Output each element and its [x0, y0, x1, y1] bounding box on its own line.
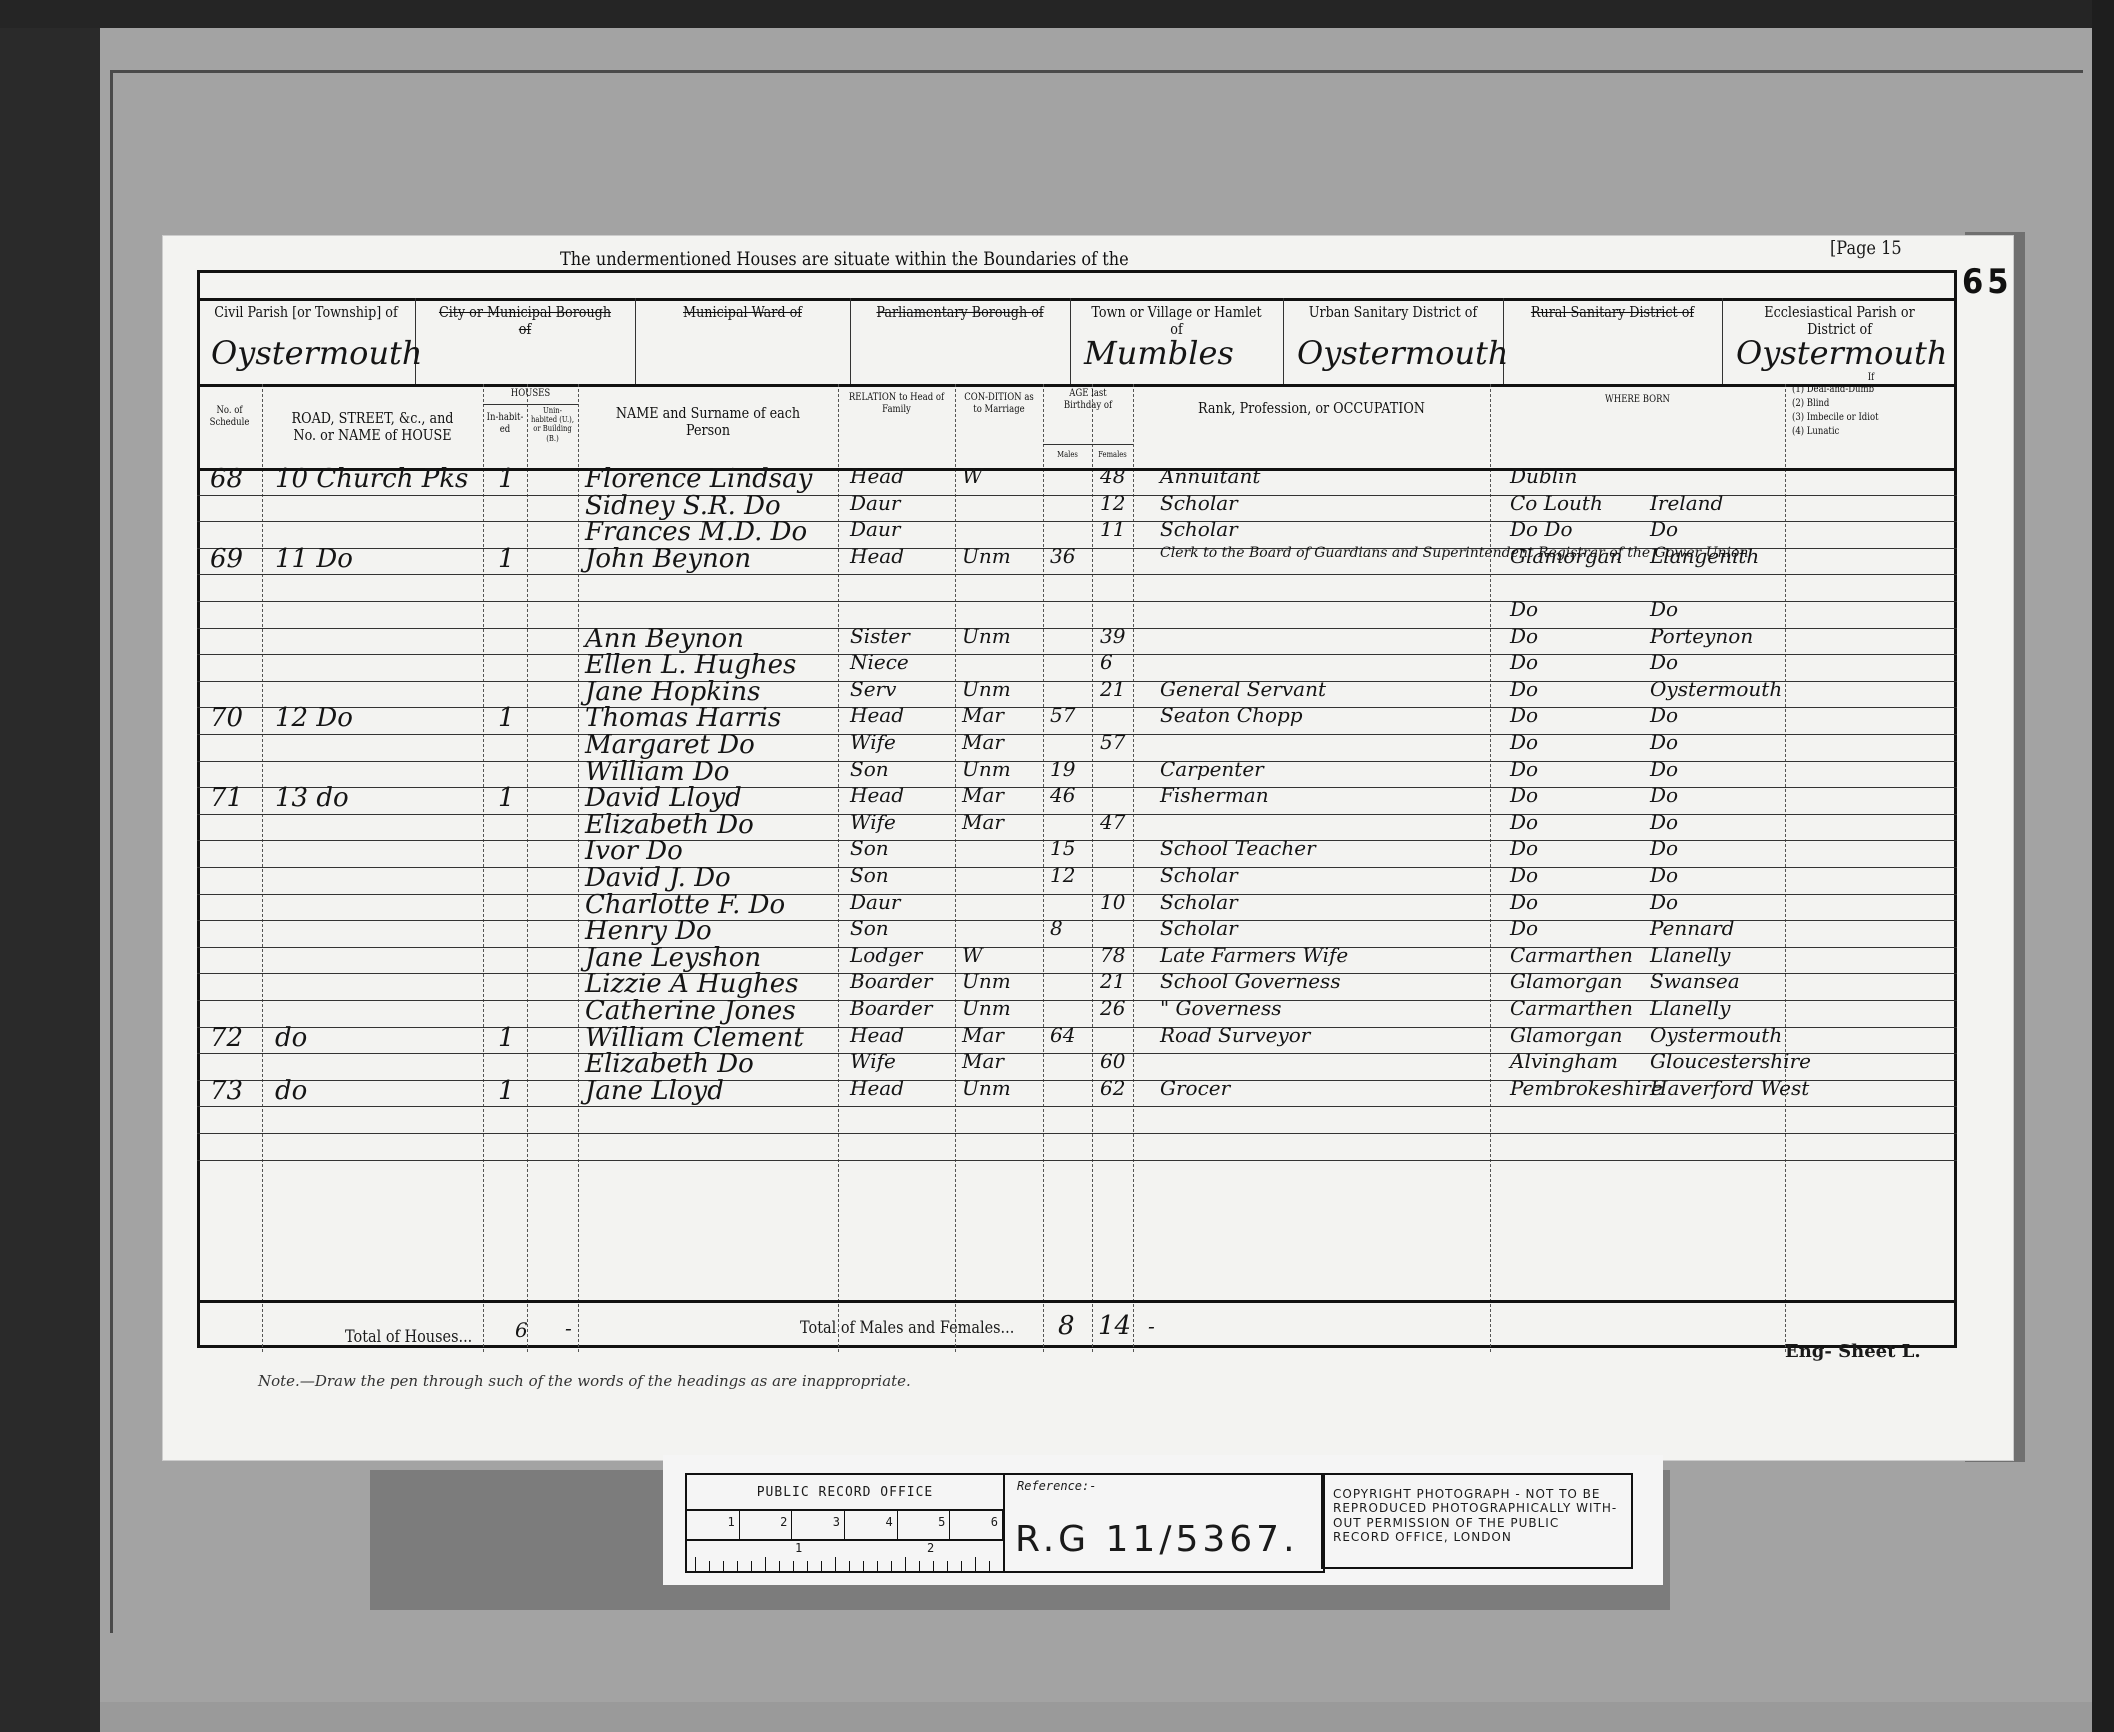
ruler-label: 1 [795, 1541, 802, 1555]
cell-born_county: Do [1510, 679, 1538, 699]
cell-female_age: 10 [1100, 892, 1125, 912]
cell-name: Ann Beynon [585, 626, 744, 652]
cell-condition: Unm [962, 998, 1011, 1018]
place-header-label: Urban Sanitary District of [1300, 304, 1487, 321]
table-row [197, 814, 1957, 841]
cell-occupation: Carpenter [1160, 759, 1264, 779]
cell-inhabited: 1 [498, 1078, 515, 1104]
cell-occupation: Seaton Chopp [1160, 705, 1303, 725]
column-header-infirmity_1: (1) Deaf-and-Dumb [1792, 384, 1932, 396]
cell-born_county: Do [1510, 626, 1538, 646]
cell-name: Frances M.D. Do [585, 519, 807, 545]
column-header-name: NAME and Surname of each Person [598, 405, 819, 440]
rule [197, 298, 1957, 301]
place-header-label: Parliamentary Borough of [867, 304, 1054, 321]
cell-female_age: 26 [1100, 998, 1125, 1018]
cell-relation: Daur [850, 519, 900, 539]
column-header-where_born: WHERE BORN [1512, 394, 1763, 406]
cell-occupation: School Teacher [1160, 838, 1316, 858]
scan-border-left [0, 0, 100, 1732]
cell-name: William Clement [585, 1025, 804, 1051]
cell-female_age: 21 [1100, 971, 1125, 991]
cell-male_age: 64 [1050, 1025, 1075, 1045]
cell-relation: Daur [850, 892, 900, 912]
rule [1283, 298, 1284, 384]
cell-female_age: 11 [1100, 519, 1125, 539]
cell-inhabited: 1 [498, 705, 515, 731]
cell-schedule: 72 [210, 1025, 243, 1051]
cell-occupation: General Servant [1160, 679, 1326, 699]
cell-female_age: 12 [1100, 493, 1125, 513]
cell-born_county: Do [1510, 918, 1538, 938]
cell-inhabited: 1 [498, 785, 515, 811]
ruler-tick [821, 1561, 822, 1571]
form-title: The undermentioned Houses are situate wi… [560, 248, 1129, 270]
ruler-tick [723, 1561, 724, 1571]
column-header-houses: HOUSES [490, 388, 571, 400]
cell-relation: Boarder [850, 998, 932, 1018]
cell-born_county: Do [1510, 812, 1538, 832]
cell-born_place: Pennard [1650, 918, 1734, 938]
ruler-tick [709, 1561, 710, 1571]
cell-born_place: Oystermouth [1650, 1025, 1782, 1045]
cell-born_county: Do [1510, 732, 1538, 752]
rule [1043, 444, 1133, 445]
column-header-infirmity_3: (3) Imbecile or Idiot [1792, 412, 1932, 424]
cell-male_age: 36 [1050, 546, 1075, 566]
pro-number: 6 [950, 1511, 1003, 1539]
cell-condition: Unm [962, 546, 1011, 566]
cell-born_place: Do [1650, 519, 1678, 539]
cell-occupation: " Governess [1160, 998, 1282, 1018]
scan-border-top [0, 0, 2114, 28]
cell-relation: Lodger [850, 945, 922, 965]
cell-born_county: Alvingham [1510, 1051, 1618, 1071]
cell-name: Jane Lloyd [585, 1078, 724, 1104]
folio-number: 65 [1962, 262, 2013, 302]
cell-male_age: 46 [1050, 785, 1075, 805]
cell-born_place: Swansea [1650, 971, 1740, 991]
cell-condition: W [962, 945, 983, 965]
cell-road: 11 Do [275, 546, 353, 572]
cell-born_county: Do [1510, 705, 1538, 725]
cell-name: Jane Hopkins [585, 679, 760, 705]
column-header-females: Females [1095, 450, 1130, 459]
cell-born_place: Llanelly [1650, 998, 1730, 1018]
cell-relation: Head [850, 705, 904, 725]
cell-name: William Do [585, 759, 729, 785]
place-header-label: Civil Parish [or Township] of [213, 304, 398, 321]
column-header-relation: RELATION to Head of Family [847, 392, 946, 415]
ruler-tick [863, 1561, 864, 1571]
cell-name: David Lloyd [585, 785, 742, 811]
cell-schedule: 73 [210, 1078, 243, 1104]
cell-condition: Mar [962, 812, 1004, 832]
cell-male_age: 8 [1050, 918, 1063, 938]
rule [635, 298, 636, 384]
cell-condition: Mar [962, 1051, 1004, 1071]
table-row [197, 787, 1957, 814]
pro-number: 3 [792, 1511, 845, 1539]
total-houses-label: Total of Houses... [345, 1327, 472, 1347]
cell-road: do [275, 1025, 307, 1051]
cell-name: David J. Do [585, 865, 731, 891]
rule [1722, 298, 1723, 384]
cell-occupation: Scholar [1160, 493, 1238, 513]
cell-relation: Head [850, 1025, 904, 1045]
cell-relation: Head [850, 785, 904, 805]
cell-relation: Serv [850, 679, 896, 699]
cell-condition: W [962, 466, 983, 486]
copyright-notice: COPYRIGHT PHOTOGRAPH - NOT TO BE REPRODU… [1321, 1473, 1633, 1569]
cell-female_age: 39 [1100, 626, 1125, 646]
ruler-tick [779, 1561, 780, 1571]
cell-born_place: Do [1650, 892, 1678, 912]
cell-schedule: 71 [210, 785, 243, 811]
pro-label: PUBLIC RECORD OFFICE 1 2 3 4 5 6 1 2 Ref… [663, 1455, 1663, 1585]
ruler-tick [765, 1557, 766, 1571]
cell-road: 10 Church Pks [275, 466, 468, 492]
scan-border-right [2092, 0, 2114, 1732]
place-header-value: Oystermouth [211, 334, 423, 372]
cell-relation: Head [850, 546, 904, 566]
cell-condition: Unm [962, 626, 1011, 646]
cell-born_place: Do [1650, 785, 1678, 805]
ruler-tick [905, 1557, 906, 1571]
cell-inhabited: 1 [498, 1025, 515, 1051]
sheet-code: Eng- Sheet L. [1785, 1341, 1921, 1362]
cell-name: Lizzie A Hughes [585, 971, 799, 997]
cell-schedule: 68 [210, 466, 243, 492]
cell-born_county: Do [1510, 759, 1538, 779]
ruler-tick [793, 1561, 794, 1571]
cell-inhabited: 1 [498, 466, 515, 492]
rule [1070, 298, 1071, 384]
cell-female_age: 57 [1100, 732, 1125, 752]
ruler-tick [891, 1561, 892, 1571]
cell-female_age: 60 [1100, 1051, 1125, 1071]
pro-number: 4 [845, 1511, 898, 1539]
total-houses-inhabited: 6 [515, 1320, 528, 1340]
cell-name: Florence Lindsay [585, 466, 812, 492]
cell-born_place: Gloucestershire [1650, 1051, 1811, 1071]
rule [197, 384, 1957, 387]
total-males: 8 [1058, 1313, 1075, 1339]
column-header-infirmity: If [1798, 372, 1944, 384]
table-row [197, 574, 1957, 601]
place-header-value: Oystermouth [1736, 334, 1948, 372]
cell-occupation: Grocer [1160, 1078, 1230, 1098]
cell-relation: Wife [850, 812, 896, 832]
cell-name: Ellen L. Hughes [585, 652, 796, 678]
cell-road: 12 Do [275, 705, 353, 731]
cell-born_county: Co Louth [1510, 493, 1603, 513]
cell-female_age: 62 [1100, 1078, 1125, 1098]
cell-born_place: Porteynon [1650, 626, 1753, 646]
table-row [197, 840, 1957, 867]
table-row [197, 707, 1957, 734]
cell-name: Catherine Jones [585, 998, 796, 1024]
reference-value: R.G 11/5367. [1015, 1519, 1299, 1560]
cell-born_county: Carmarthen [1510, 945, 1633, 965]
table-row [197, 734, 1957, 761]
pro-number: 2 [740, 1511, 793, 1539]
cell-relation: Wife [850, 1051, 896, 1071]
cell-born_place: Ireland [1650, 493, 1723, 513]
ruler-tick [975, 1557, 976, 1571]
cell-occupation: Scholar [1160, 865, 1238, 885]
cell-female_age: 21 [1100, 679, 1125, 699]
pro-office-title: PUBLIC RECORD OFFICE [687, 1475, 1005, 1511]
cell-occupation: Scholar [1160, 918, 1238, 938]
cell-female_age: 47 [1100, 812, 1125, 832]
ruler-tick [807, 1561, 808, 1571]
cell-born_county: Do [1510, 865, 1538, 885]
cell-born_county: Do [1510, 652, 1538, 672]
cell-occupation: Scholar [1160, 892, 1238, 912]
pro-number-scale: 1 2 3 4 5 6 [687, 1511, 1005, 1541]
column-header-infirmity_2: (2) Blind [1792, 398, 1932, 410]
cell-born_place: Do [1650, 812, 1678, 832]
cell-born_county: Do [1510, 599, 1538, 619]
cell-relation: Head [850, 1078, 904, 1098]
cell-inhabited: 1 [498, 546, 515, 572]
pro-reference-box: PUBLIC RECORD OFFICE 1 2 3 4 5 6 1 2 Ref… [685, 1473, 1325, 1573]
ruler-tick [737, 1561, 738, 1571]
place-header-value: Mumbles [1084, 334, 1234, 372]
cell-born_place: Do [1650, 759, 1678, 779]
cell-schedule: 69 [210, 546, 243, 572]
column-header-inhabited: In-habit-ed [486, 412, 523, 435]
cell-occupation: Road Surveyor [1160, 1025, 1310, 1045]
cell-relation: Wife [850, 732, 896, 752]
row-rule [197, 1160, 1957, 1161]
ruler-tick [933, 1561, 934, 1571]
cell-condition: Unm [962, 971, 1011, 991]
cell-road: 13 do [275, 785, 349, 811]
cell-male_age: 57 [1050, 705, 1075, 725]
cell-name: Ivor Do [585, 838, 683, 864]
cell-male_age: 15 [1050, 838, 1075, 858]
pro-number: 5 [898, 1511, 951, 1539]
cell-condition: Unm [962, 679, 1011, 699]
cell-born_county: Do [1510, 838, 1538, 858]
cell-road: do [275, 1078, 307, 1104]
ruler-tick [961, 1561, 962, 1571]
cell-name: John Beynon [585, 546, 751, 572]
cell-born_place: Do [1650, 599, 1678, 619]
cell-occupation: Scholar [1160, 519, 1238, 539]
rule [850, 298, 851, 384]
cell-male_age: 12 [1050, 865, 1075, 885]
cell-born_place: Do [1650, 652, 1678, 672]
cell-occupation: Late Farmers Wife [1160, 945, 1348, 965]
cell-name: Henry Do [585, 918, 712, 944]
cell-relation: Son [850, 759, 889, 779]
cell-born_county: Carmarthen [1510, 998, 1633, 1018]
cell-relation: Son [850, 918, 889, 938]
table-row [197, 761, 1957, 788]
column-header-infirmity_4: (4) Lunatic [1792, 426, 1932, 438]
cell-relation: Head [850, 466, 904, 486]
cell-name: Margaret Do [585, 732, 755, 758]
place-header-label: Rural Sanitary District of [1519, 304, 1705, 321]
cell-relation: Daur [850, 493, 900, 513]
cell-female_age: 48 [1100, 466, 1125, 486]
cell-born_place: Llangenith [1650, 546, 1759, 566]
cell-born_place: Haverford West [1650, 1078, 1809, 1098]
cell-born_place: Do [1650, 705, 1678, 725]
cell-occupation: Annuitant [1160, 466, 1260, 486]
column-header-condition: CON-DITION as to Marriage [962, 392, 1037, 415]
cell-born_county: Do [1510, 892, 1538, 912]
cell-name: Jane Leyshon [585, 945, 761, 971]
cell-born_county: Glamorgan [1510, 546, 1622, 566]
cell-condition: Unm [962, 1078, 1011, 1098]
pro-number: 1 [687, 1511, 740, 1539]
column-header-occupation: Rank, Profession, or OCCUPATION [1160, 400, 1463, 417]
cell-born_place: Do [1650, 838, 1678, 858]
total-females: 14 [1098, 1313, 1131, 1339]
cell-born_county: Do Do [1510, 519, 1573, 539]
cell-relation: Sister [850, 626, 910, 646]
cell-condition: Mar [962, 1025, 1004, 1045]
reference-label: Reference:- [1017, 1479, 1096, 1493]
cell-name: Charlotte F. Do [585, 892, 785, 918]
ruler-tick [835, 1557, 836, 1571]
ruler-tick [989, 1561, 990, 1571]
cell-born_place: Llanelly [1650, 945, 1730, 965]
cell-condition: Mar [962, 705, 1004, 725]
table-row [197, 1133, 1957, 1160]
cell-relation: Niece [850, 652, 909, 672]
total-houses-uninhabited: - [565, 1318, 572, 1338]
place-header-label: City or Municipal Borough of [432, 304, 619, 339]
total-persons-label: Total of Males and Females... [800, 1318, 1014, 1338]
cell-male_age: 19 [1050, 759, 1075, 779]
column-header-age: AGE last Birthday of [1050, 388, 1127, 411]
total-after: - [1148, 1316, 1155, 1336]
cell-name: Sidney S.R. Do [585, 493, 781, 519]
cell-schedule: 70 [210, 705, 243, 731]
cell-name: Thomas Harris [585, 705, 781, 731]
cell-condition: Mar [962, 732, 1004, 752]
column-header-males: Males [1047, 450, 1089, 459]
cell-born_county: Glamorgan [1510, 1025, 1622, 1045]
cell-born_place: Do [1650, 732, 1678, 752]
place-header-value: Oystermouth [1297, 334, 1509, 372]
column-header-road: ROAD, STREET, &c., and No. or NAME of HO… [279, 410, 467, 445]
form-note: Note.—Draw the pen through such of the w… [258, 1372, 911, 1390]
cell-born_county: Do [1510, 785, 1538, 805]
table-row [197, 1106, 1957, 1133]
cell-born_place: Oystermouth [1650, 679, 1782, 699]
cell-condition: Mar [962, 785, 1004, 805]
page-label: [Page 15 [1830, 237, 1902, 259]
cell-female_age: 6 [1100, 652, 1113, 672]
ruler-tick [919, 1561, 920, 1571]
place-header-label: Municipal Ward of [651, 304, 834, 321]
cell-born_place: Do [1650, 865, 1678, 885]
cell-relation: Boarder [850, 971, 932, 991]
cell-born_county: Glamorgan [1510, 971, 1622, 991]
cell-female_age: 78 [1100, 945, 1125, 965]
ruler-tick [751, 1561, 752, 1571]
pro-ruler: 1 2 [687, 1541, 1005, 1571]
ruler-label: 2 [927, 1541, 934, 1555]
cell-name: Elizabeth Do [585, 1051, 754, 1077]
ruler-tick [947, 1561, 948, 1571]
cell-born_county: Dublin [1510, 466, 1577, 486]
column-header-schedule: No. of Schedule [202, 405, 257, 428]
cell-born_county: Pembrokeshire [1510, 1078, 1663, 1098]
cell-relation: Son [850, 838, 889, 858]
cell-occupation: School Governess [1160, 971, 1341, 991]
cell-condition: Unm [962, 759, 1011, 779]
cell-occupation: Fisherman [1160, 785, 1269, 805]
cell-name: Elizabeth Do [585, 812, 754, 838]
rule [197, 1300, 1957, 1303]
table-row [197, 867, 1957, 894]
ruler-tick [849, 1561, 850, 1571]
rule [483, 404, 578, 405]
column-header-uninhabited: Unin-habited (U.), or Building (B.) [531, 406, 574, 443]
ruler-tick [877, 1561, 878, 1571]
cell-relation: Son [850, 865, 889, 885]
ruler-tick [695, 1557, 696, 1571]
